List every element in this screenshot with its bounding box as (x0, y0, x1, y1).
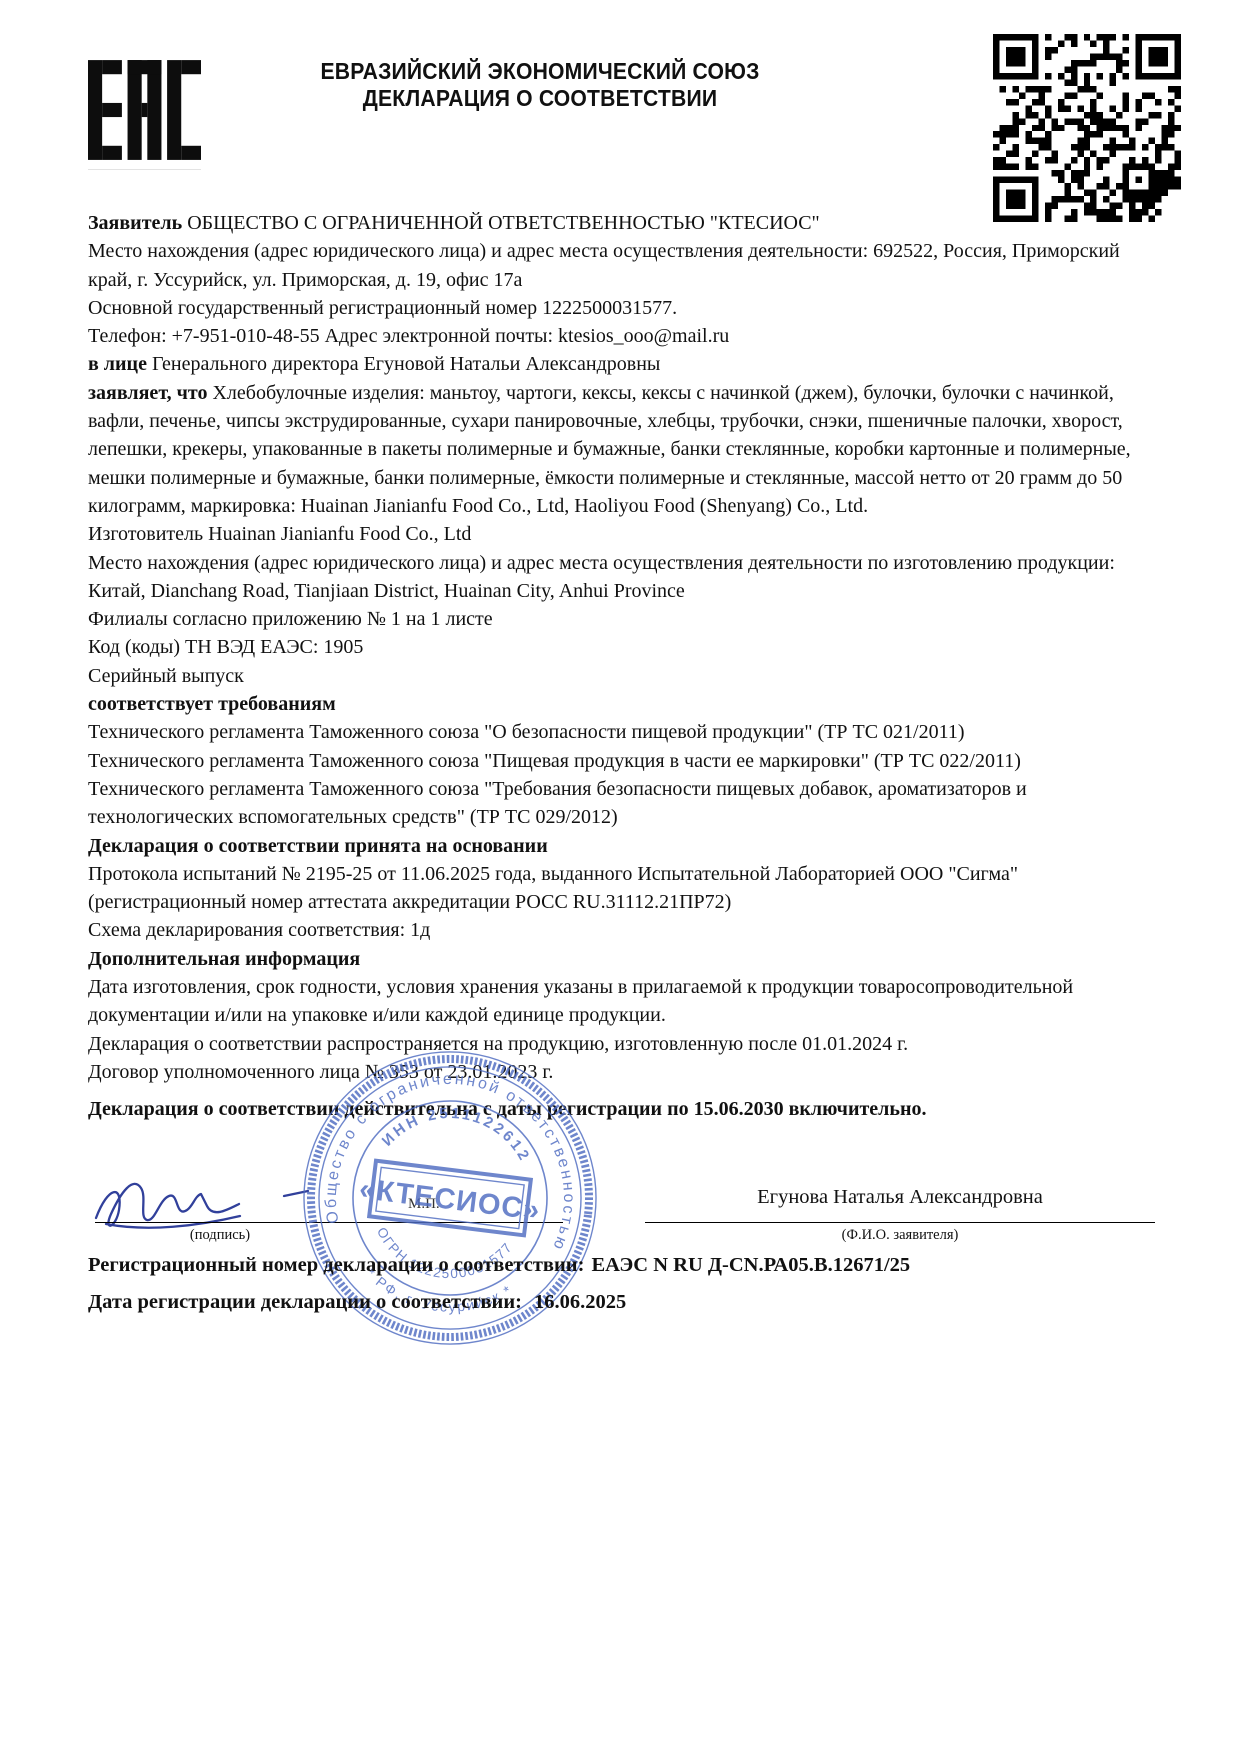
eac-certification-mark-icon (88, 60, 201, 160)
registration-number-value: ЕАЭС N RU Д-CN.РА05.В.12671/25 (591, 1254, 910, 1276)
text-segment: Декларация о соответствии принята на осн… (88, 835, 548, 857)
text-segment: Дата изготовления, срок годности, услови… (88, 976, 1073, 1026)
body-paragraph: Дополнительная информация (88, 945, 1160, 973)
text-segment: Технического регламента Таможенного союз… (88, 750, 1021, 772)
text-segment: Место нахождения (адрес юридического лиц… (88, 552, 1115, 602)
text-segment: Протокола испытаний № 2195-25 от 11.06.2… (88, 863, 1018, 913)
body-paragraph: соответствует требованиям (88, 690, 1160, 718)
registration-number-line: Регистрационный номер декларации о соотв… (88, 1254, 910, 1277)
text-segment: Место нахождения (адрес юридического лиц… (88, 240, 1120, 290)
page-title: ЕВРАЗИЙСКИЙ ЭКОНОМИЧЕСКИЙ СОЮЗ ДЕКЛАРАЦИ… (207, 58, 873, 112)
text-segment: Код (коды) ТН ВЭД ЕАЭС: 1905 (88, 636, 363, 658)
body-paragraph: Серийный выпуск (88, 662, 1160, 690)
body-paragraph: Код (коды) ТН ВЭД ЕАЭС: 1905 (88, 633, 1160, 661)
registration-date-line: Дата регистрации декларации о соответств… (88, 1291, 626, 1314)
body-paragraph: Технического регламента Таможенного союз… (88, 775, 1160, 832)
validity-statement: Декларация о соответствии действительна … (88, 1095, 1160, 1123)
registration-date-label: Дата регистрации декларации о соответств… (88, 1291, 522, 1313)
body-paragraph: Основной государственный регистрационный… (88, 294, 1160, 322)
text-segment: Дополнительная информация (88, 948, 360, 970)
body-paragraph: Декларация о соответствии принята на осн… (88, 832, 1160, 860)
body-paragraph: Договор уполномоченного лица № 353 от 23… (88, 1058, 1160, 1086)
registration-number-label: Регистрационный номер декларации о соотв… (88, 1254, 584, 1276)
body-paragraph: Технического регламента Таможенного союз… (88, 718, 1160, 746)
text-segment: Филиалы согласно приложению № 1 на 1 лис… (88, 608, 493, 630)
title-line-declaration: ДЕКЛАРАЦИЯ О СООТВЕТСТВИИ (207, 85, 873, 112)
stamp-center-box: «КТЕСИОС» (356, 1159, 543, 1237)
text-segment: Схема декларирования соответствия: 1д (88, 919, 430, 941)
fio-caption: (Ф.И.О. заявителя) (645, 1227, 1155, 1244)
text-segment: Технического регламента Таможенного союз… (88, 721, 965, 743)
body-paragraph: Заявитель ОБЩЕСТВО С ОГРАНИЧЕННОЙ ОТВЕТС… (88, 209, 1160, 237)
body-paragraph: Декларация о соответствии распространяет… (88, 1030, 1160, 1058)
applicant-fio: Егунова Наталья Александровна (645, 1186, 1155, 1209)
text-segment: Серийный выпуск (88, 665, 244, 687)
body-paragraph: в лице Генерального директора Егуновой Н… (88, 350, 1160, 378)
registration-date-value: 16.06.2025 (534, 1291, 626, 1313)
declaration-page: ЕВРАЗИЙСКИЙ ЭКОНОМИЧЕСКИЙ СОЮЗ ДЕКЛАРАЦИ… (0, 0, 1241, 1754)
body-paragraph: Технического регламента Таможенного союз… (88, 747, 1160, 775)
text-segment: Заявитель (88, 212, 187, 234)
logo-divider (88, 169, 201, 170)
text-segment: Изготовитель Huainan Jianianfu Food Co.,… (88, 523, 471, 545)
text-segment: соответствует требованиям (88, 693, 336, 715)
fio-line (645, 1222, 1155, 1223)
title-line-union: ЕВРАЗИЙСКИЙ ЭКОНОМИЧЕСКИЙ СОЮЗ (207, 58, 873, 85)
body-paragraph: Место нахождения (адрес юридического лиц… (88, 237, 1160, 294)
body-paragraph: Телефон: +7-951-010-48-55 Адрес электрон… (88, 322, 1160, 350)
text-segment: в лице (88, 353, 152, 375)
text-segment: Телефон: +7-951-010-48-55 Адрес электрон… (88, 325, 729, 347)
body-paragraph: Схема декларирования соответствия: 1д (88, 916, 1160, 944)
body-paragraph: Место нахождения (адрес юридического лиц… (88, 549, 1160, 606)
text-segment: Хлебобулочные изделия: маньтоу, чартоги,… (88, 382, 1131, 517)
text-segment: заявляет, что (88, 382, 212, 404)
body-paragraph: Дата изготовления, срок годности, услови… (88, 973, 1160, 1030)
qr-code-icon (993, 34, 1181, 222)
body-paragraph: Филиалы согласно приложению № 1 на 1 лис… (88, 605, 1160, 633)
text-segment: Основной государственный регистрационный… (88, 297, 677, 319)
body-paragraph: Протокола испытаний № 2195-25 от 11.06.2… (88, 860, 1160, 917)
declaration-body: Заявитель ОБЩЕСТВО С ОГРАНИЧЕННОЙ ОТВЕТС… (88, 209, 1160, 1124)
body-paragraph: заявляет, что Хлебобулочные изделия: ман… (88, 379, 1160, 520)
body-paragraph: Изготовитель Huainan Jianianfu Food Co.,… (88, 520, 1160, 548)
text-segment: ОБЩЕСТВО С ОГРАНИЧЕННОЙ ОТВЕТСТВЕННОСТЬЮ… (187, 212, 820, 234)
text-segment: Технического регламента Таможенного союз… (88, 778, 1027, 828)
text-segment: Генерального директора Егуновой Натальи … (152, 353, 660, 375)
